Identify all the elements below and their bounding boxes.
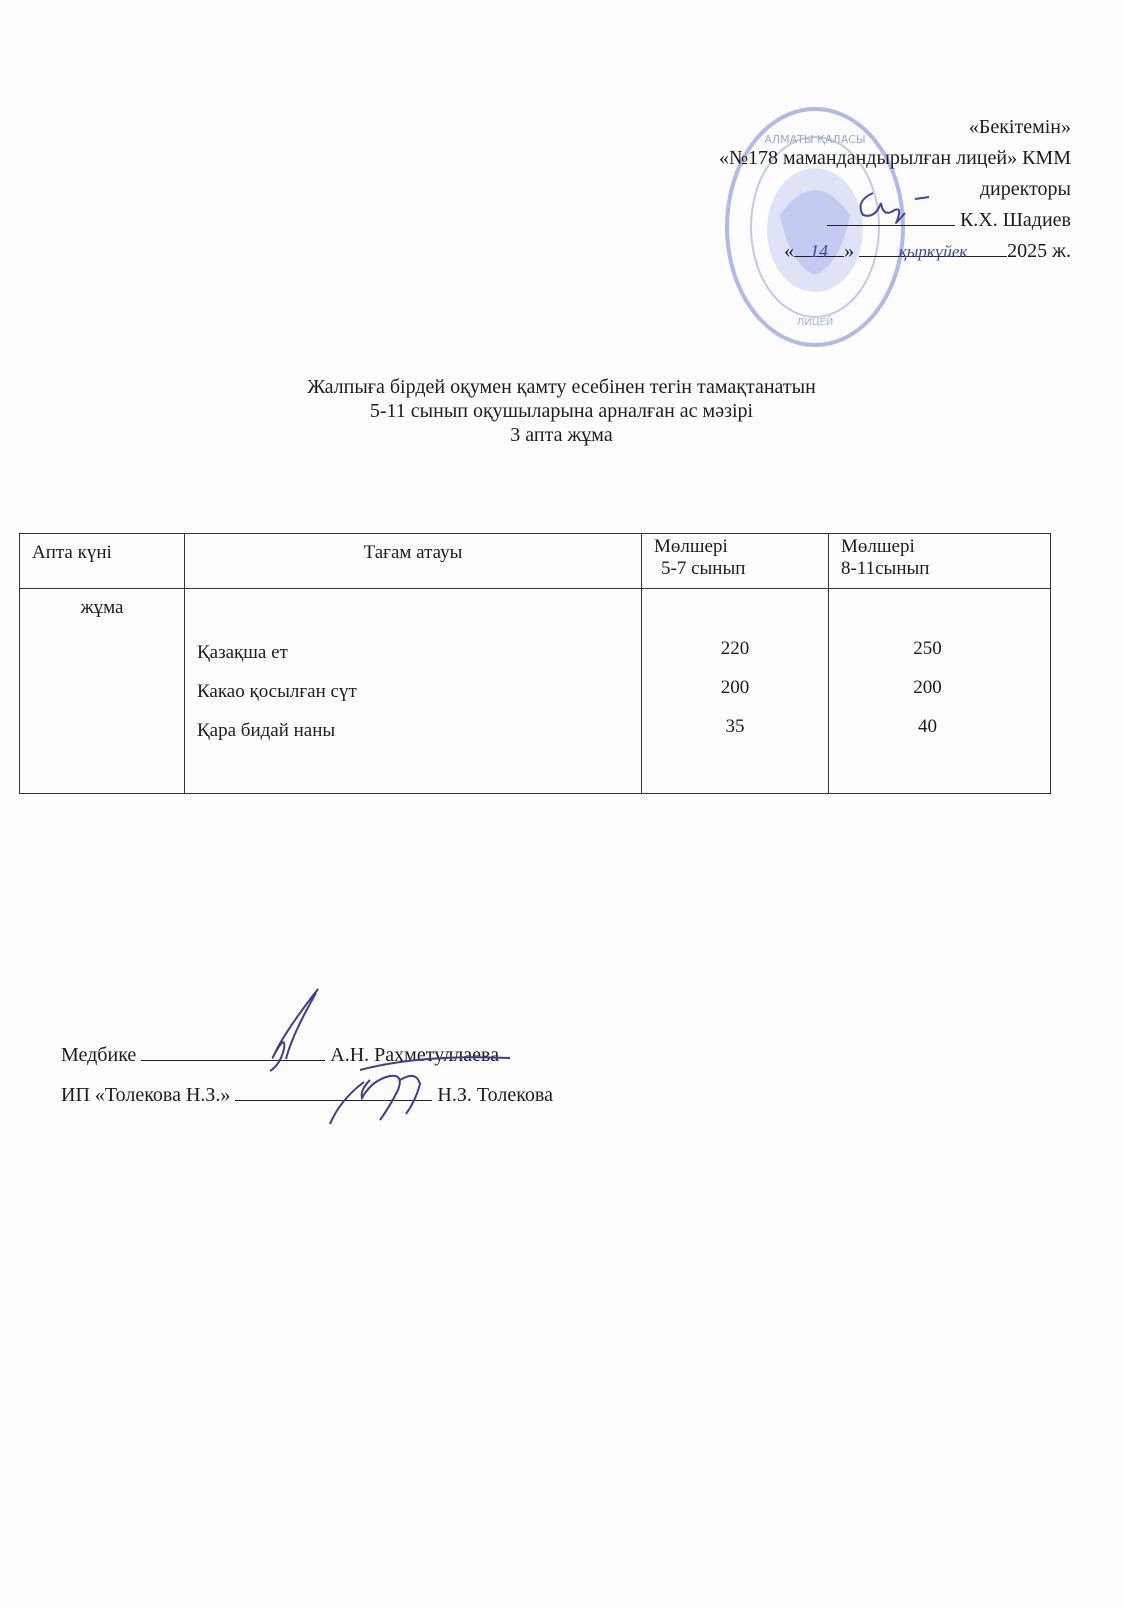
qty-value: 250 [829,629,1026,668]
qty-8-11-cell: 250 200 40 [829,589,1051,794]
date-year: 2025 ж. [1007,240,1071,262]
qty-value: 200 [642,668,828,707]
header-qty-5-7: Мөлшері 5-7 сынып [642,534,829,589]
nurse-label: Медбике [61,1044,136,1066]
qty-value: 40 [829,707,1026,746]
dish-name: Какао қосылған сүт [197,672,641,711]
approval-date: «14» қыркүйек2025 ж. [719,236,1071,267]
header-qty-8-11: Мөлшері 8-11сынып [829,534,1051,589]
approval-heading: «Бекітемін» [719,112,1071,143]
dish-name: Қара бидай наны [197,711,641,750]
date-day: 14 [794,236,844,257]
header-day: Апта күні [20,534,185,589]
qty-value: 200 [829,668,1026,707]
organization-name: «№178 мамандандырылған лицей» КММ [719,143,1071,174]
date-month: қыркүйек [859,236,1007,257]
table-header-row: Апта күні Тағам атауы Мөлшері 5-7 сынып … [20,534,1051,589]
document-title: Жалпыға бірдей оқумен қамту есебінен тег… [0,375,1123,447]
title-line-1: Жалпыға бірдей оқумен қамту есебінен тег… [0,375,1123,399]
svg-text:ЛИЦЕЙ: ЛИЦЕЙ [797,315,834,328]
director-signature-line: К.Х. Шадиев [719,205,1071,236]
nurse-signature-icon [230,985,330,1075]
title-line-3: 3 апта жұма [0,423,1123,447]
qty-value: 220 [642,629,828,668]
dish-name: Қазақша ет [197,633,641,672]
qty-value: 35 [642,707,828,746]
dish-cell: Қазақша ет Какао қосылған сүт Қара бидай… [185,589,642,794]
supplier-label: ИП «Толекова Н.З.» [61,1084,230,1106]
director-signature-field [827,205,955,226]
director-signature-icon [845,183,945,227]
qty-5-7-cell: 220 200 35 [642,589,829,794]
director-name: К.Х. Шадиев [960,209,1071,231]
menu-table: Апта күні Тағам атауы Мөлшері 5-7 сынып … [19,533,1051,794]
header-dish: Тағам атауы [185,534,642,589]
table-row: жұма Қазақша ет Какао қосылған сүт Қара … [20,589,1051,794]
title-line-2: 5-11 сынып оқушыларына арналған ас мәзір… [0,399,1123,423]
supplier-signature-icon [320,1040,520,1130]
approval-block: «Бекітемін» «№178 мамандандырылған лицей… [719,112,1071,267]
day-cell: жұма [20,589,185,794]
